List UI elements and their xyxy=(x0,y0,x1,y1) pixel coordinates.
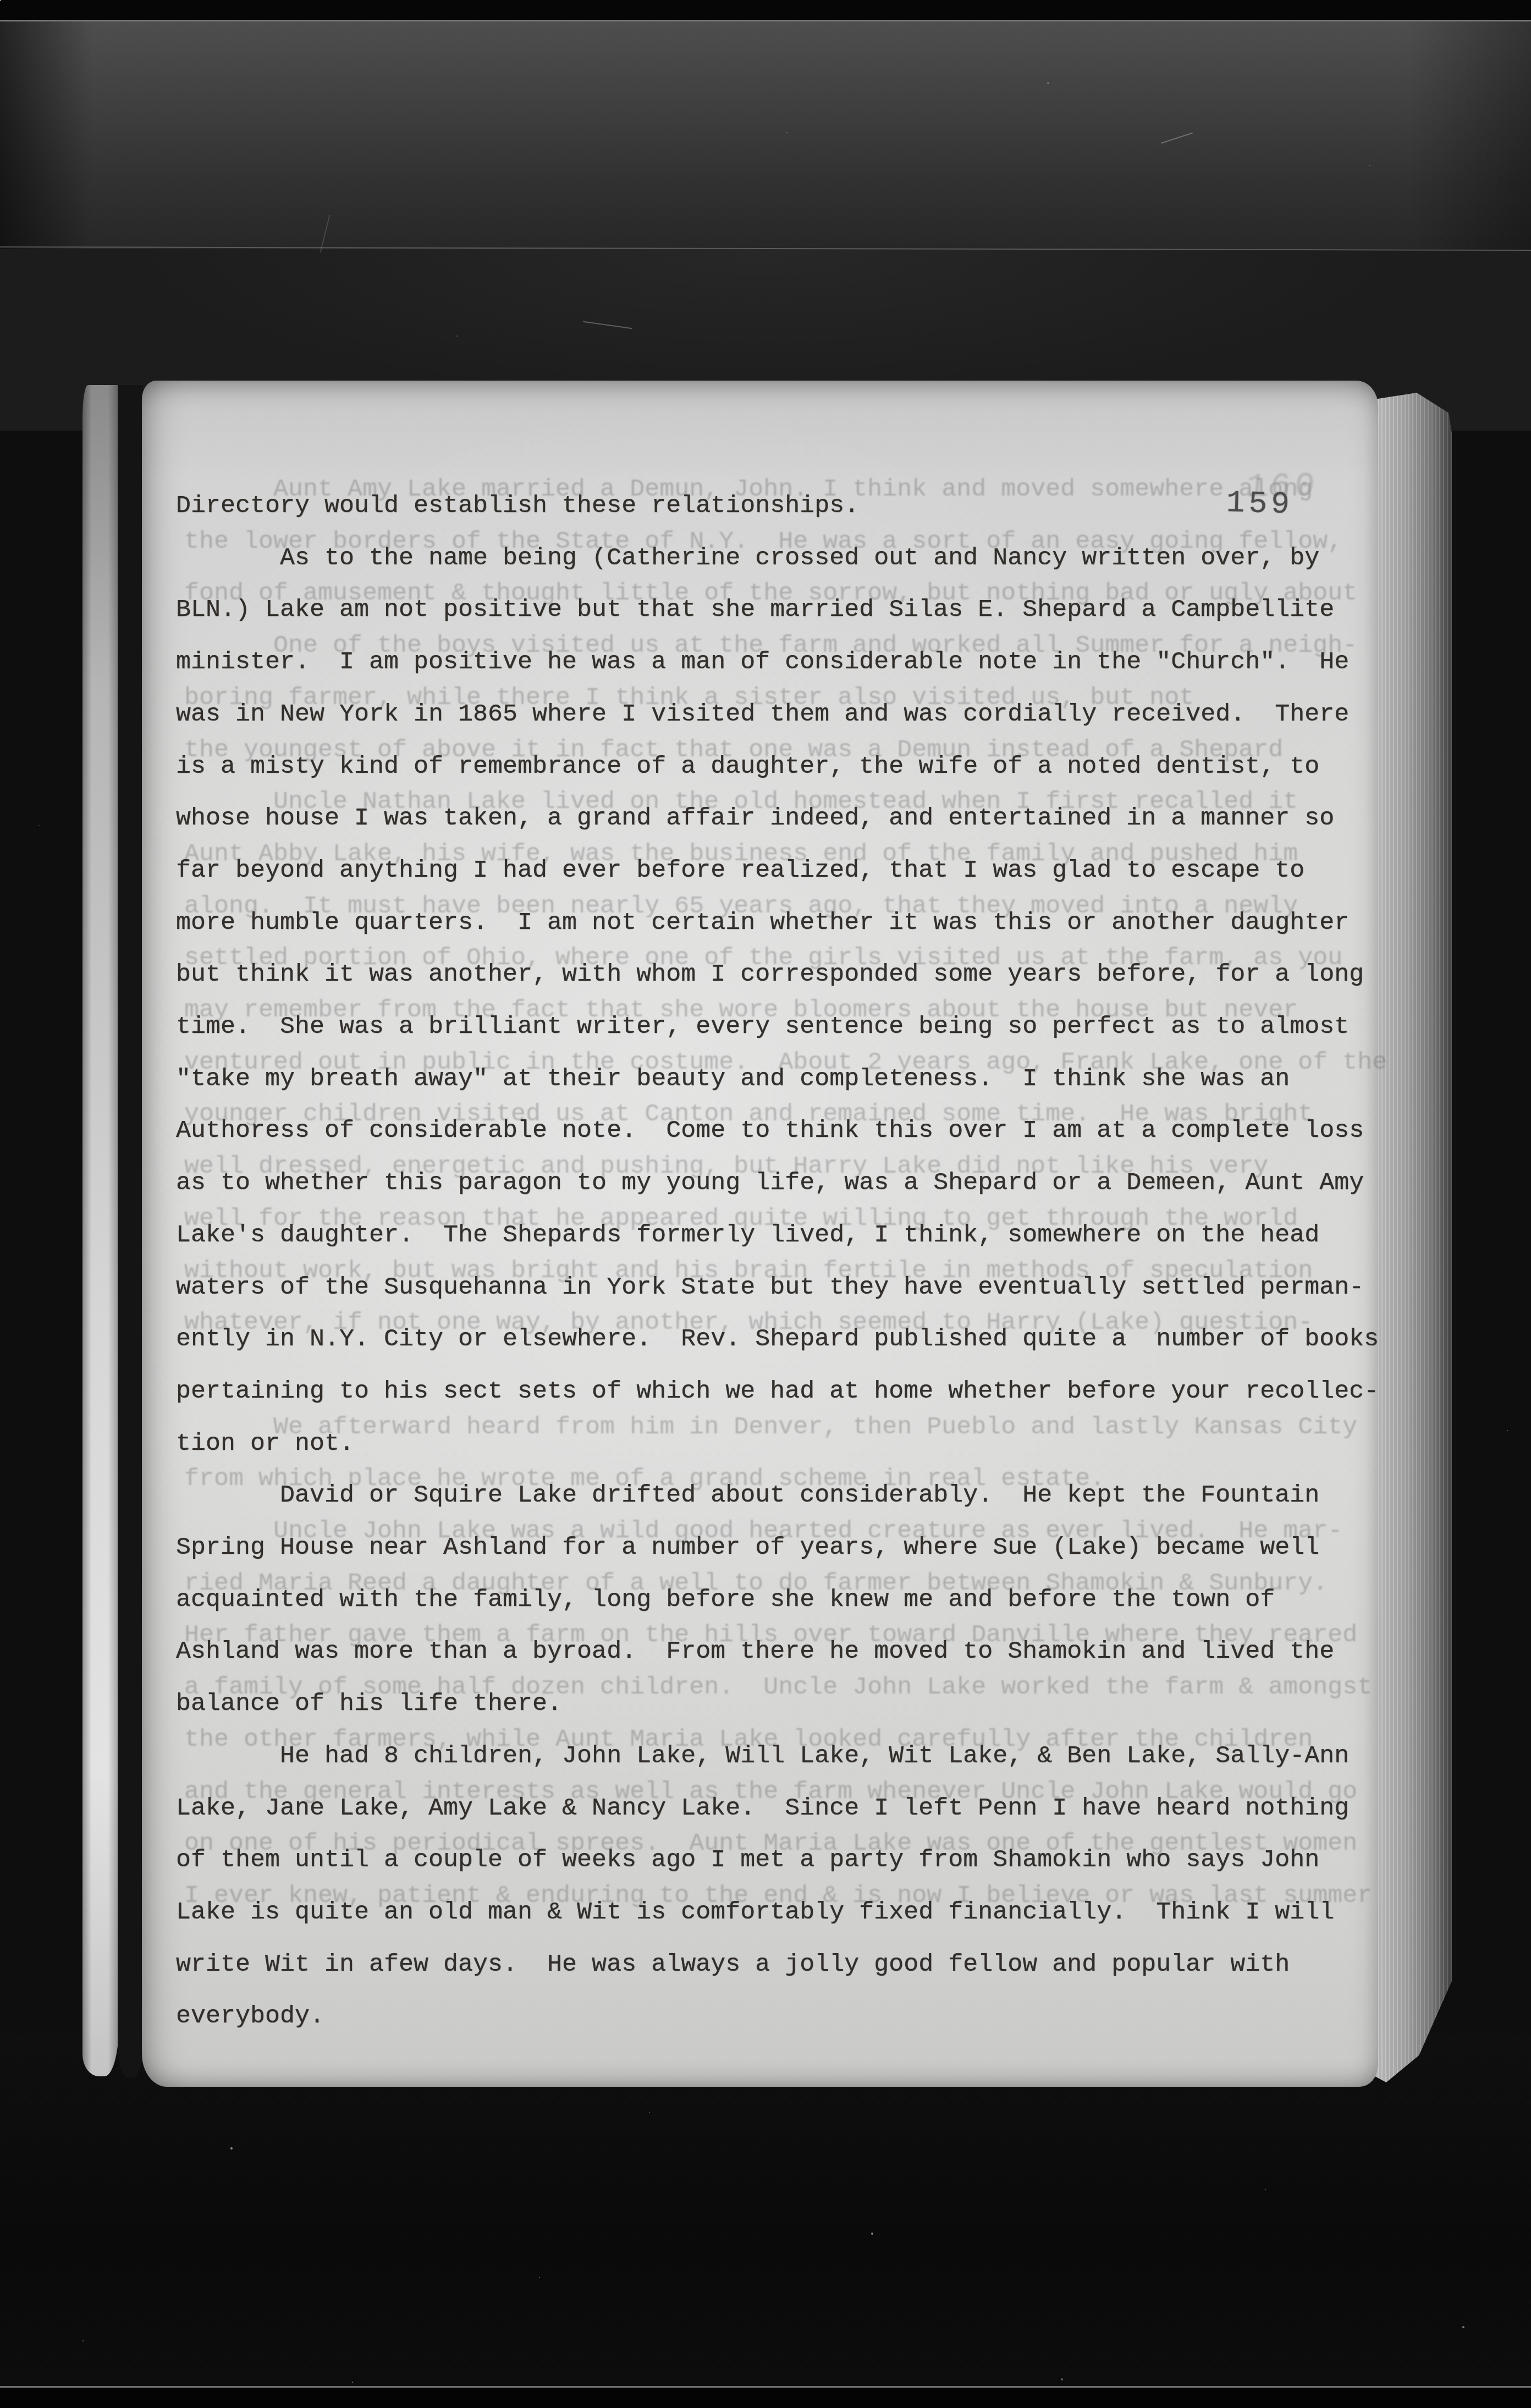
typed-line: tion or not. xyxy=(176,1431,354,1456)
typed-line: time. She was a brilliant writer, every … xyxy=(176,1014,1349,1039)
typed-line: everybody. xyxy=(176,2004,324,2028)
typewritten-text: Directory would establish these relation… xyxy=(176,493,1375,2088)
page-number: 159 xyxy=(1226,485,1294,522)
typed-line: as to whether this paragon to my young l… xyxy=(176,1170,1364,1195)
typed-line: "take my breath away" at their beauty an… xyxy=(176,1066,1290,1091)
typed-line: Spring House near Ashland for a number o… xyxy=(176,1535,1319,1560)
scan-top-black-bar xyxy=(0,0,1531,20)
scanner-background-upper-band xyxy=(0,21,1531,249)
typed-line: Lake is quite an old man & Wit is comfor… xyxy=(176,1900,1334,1925)
typed-line: Authoress of considerable note. Come to … xyxy=(176,1118,1364,1143)
typed-line: was in New York in 1865 where I visited … xyxy=(176,702,1349,727)
scan-bottom-black-bar xyxy=(0,2388,1531,2408)
typed-line: He had 8 children, John Lake, Will Lake,… xyxy=(176,1744,1349,1768)
typed-line: whose house I was taken, a grand affair … xyxy=(176,806,1334,831)
typed-line: Ashland was more than a byroad. From the… xyxy=(176,1639,1334,1664)
typed-line: ently in N.Y. City or elsewhere. Rev. Sh… xyxy=(176,1327,1379,1351)
typewritten-page: 160 159 Aunt Amy Lake married a Demun, J… xyxy=(142,381,1378,2087)
typed-line: minister. I am positive he was a man of … xyxy=(176,650,1349,674)
book-fore-edge-page-stack xyxy=(1374,393,1452,2082)
typed-line: but think it was another, with whom I co… xyxy=(176,962,1364,987)
dust-speckles xyxy=(0,0,1,1)
scanned-book-photograph: { "document": { "page_number": "159", "b… xyxy=(0,0,1531,2408)
typed-line: acquainted with the family, long before … xyxy=(176,1587,1275,1612)
typed-line: more humble quarters. I am not certain w… xyxy=(176,910,1349,935)
typed-line: far beyond anything I had ever before re… xyxy=(176,858,1304,883)
typed-line: waters of the Susquehanna in York State … xyxy=(176,1275,1364,1300)
typed-line: Lake's daughter. The Shepards formerly l… xyxy=(176,1223,1319,1247)
scan-top-edge-line xyxy=(0,20,1531,21)
typed-line: balance of his life there. xyxy=(176,1691,562,1716)
typed-line: David or Squire Lake drifted about consi… xyxy=(176,1483,1319,1508)
typed-line: Lake, Jane Lake, Amy Lake & Nancy Lake. … xyxy=(176,1796,1349,1821)
typed-line: BLN.) Lake am not positive but that she … xyxy=(176,597,1334,622)
typed-line: Directory would establish these relation… xyxy=(176,493,859,518)
typed-line: write Wit in afew days. He was always a … xyxy=(176,1952,1290,1977)
typed-line: is a misty kind of remembrance of a daug… xyxy=(176,754,1319,779)
typed-line: pertaining to his sect sets of which we … xyxy=(176,1379,1379,1404)
typed-line: of them until a couple of weeks ago I me… xyxy=(176,1848,1319,1872)
book-gutter-shadow xyxy=(118,385,143,2078)
typed-line: As to the name being (Catherine crossed … xyxy=(176,546,1319,570)
book-left-page-stack-edge xyxy=(82,385,119,2076)
